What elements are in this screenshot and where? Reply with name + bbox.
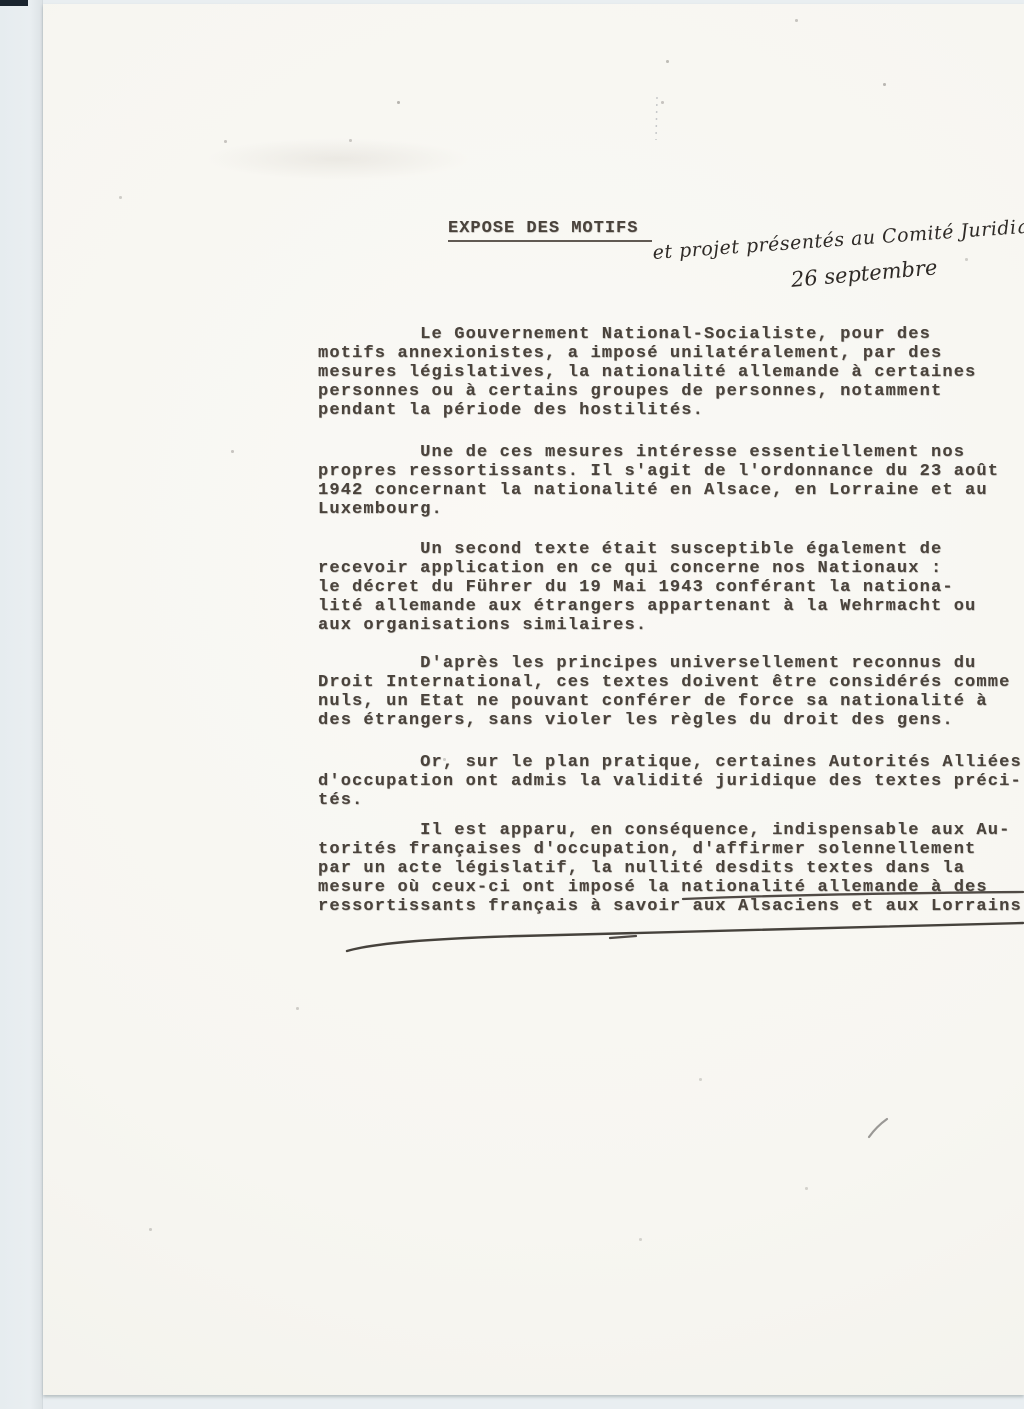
paragraph-2: Une de ces mesures intéresse essentielle… xyxy=(318,443,999,519)
document-title: EXPOSE DES MOTIFS xyxy=(448,219,652,242)
paragraph-1: Le Gouvernement National-Socialiste, pou… xyxy=(318,325,976,420)
paper-crease xyxy=(193,124,483,194)
scanned-page: EXPOSE DES MOTIFS et projet présentés au… xyxy=(0,0,1024,1409)
paragraph-3: Un second texte était susceptible égalem… xyxy=(318,540,976,635)
paragraph-5: Or, sur le plan pratique, certaines Auto… xyxy=(318,753,1022,810)
scan-corner-artifact xyxy=(0,0,28,6)
paper-specks xyxy=(0,0,1,1)
paragraph-4: D'après les principes universellement re… xyxy=(318,654,1010,730)
scanner-edge-strip xyxy=(0,0,43,1409)
paragraph-6: Il est apparu, en conséquence, indispens… xyxy=(318,821,1024,916)
